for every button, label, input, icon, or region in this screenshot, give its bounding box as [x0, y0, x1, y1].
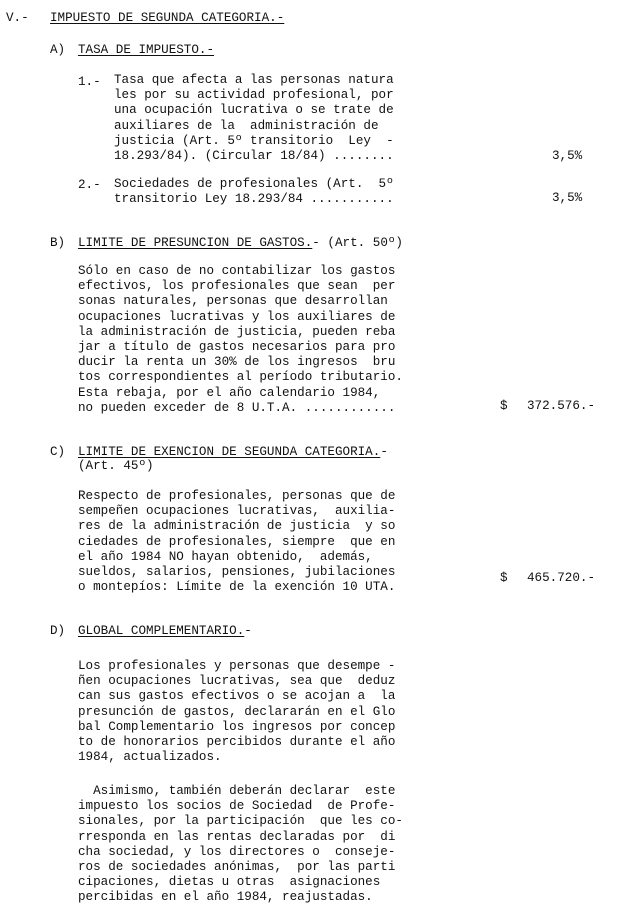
item-a2-number: 2.- [78, 178, 101, 192]
item-a1-value: 3,5% [552, 149, 582, 163]
subsection-c-article: (Art. 45º) [78, 459, 154, 473]
subsection-b-heading: LIMITE DE PRESUNCION DE GASTOS.- (Art. 5… [78, 236, 403, 250]
subsection-a-title: TASA DE IMPUESTO.- [78, 43, 214, 57]
subsection-d-letter: D) [50, 624, 65, 638]
subsection-a-letter: A) [50, 43, 65, 57]
item-a1-text: Tasa que afecta a las personas natura le… [114, 73, 394, 164]
item-a2-text: Sociedades de profesionales (Art. 5º tra… [114, 177, 394, 207]
subsection-c-letter: C) [50, 445, 65, 459]
section-number: V.- [6, 11, 29, 25]
subsection-d-heading: GLOBAL COMPLEMENTARIO.- [78, 624, 252, 638]
item-a1-number: 1.- [78, 75, 101, 89]
subsection-b-title: LIMITE DE PRESUNCION DE GASTOS. [78, 236, 312, 250]
subsection-d-paragraph-1: Los profesionales y personas que desempe… [78, 659, 395, 765]
subsection-b-value: 372.576.- [527, 399, 595, 413]
subsection-b-letter: B) [50, 236, 65, 250]
subsection-b-article: - (Art. 50º) [312, 236, 403, 250]
subsection-c-text: Respecto de profesionales, personas que … [78, 489, 395, 595]
section-title: IMPUESTO DE SEGUNDA CATEGORIA.- [50, 11, 284, 25]
subsection-c-currency: $ [500, 571, 508, 585]
subsection-c-title: LIMITE DE EXENCION DE SEGUNDA CATEGORIA. [78, 445, 380, 459]
item-a2-value: 3,5% [552, 191, 582, 205]
subsection-d-title: GLOBAL COMPLEMENTARIO. [78, 624, 244, 638]
subsection-b-text: Sólo en caso de no contabilizar los gast… [78, 264, 403, 416]
subsection-c-value: 465.720.- [527, 571, 595, 585]
subsection-d-paragraph-2: Asimismo, también deberán declarar este … [78, 784, 403, 906]
subsection-b-currency: $ [500, 399, 508, 413]
subsection-c-heading: LIMITE DE EXENCION DE SEGUNDA CATEGORIA.… [78, 445, 388, 459]
